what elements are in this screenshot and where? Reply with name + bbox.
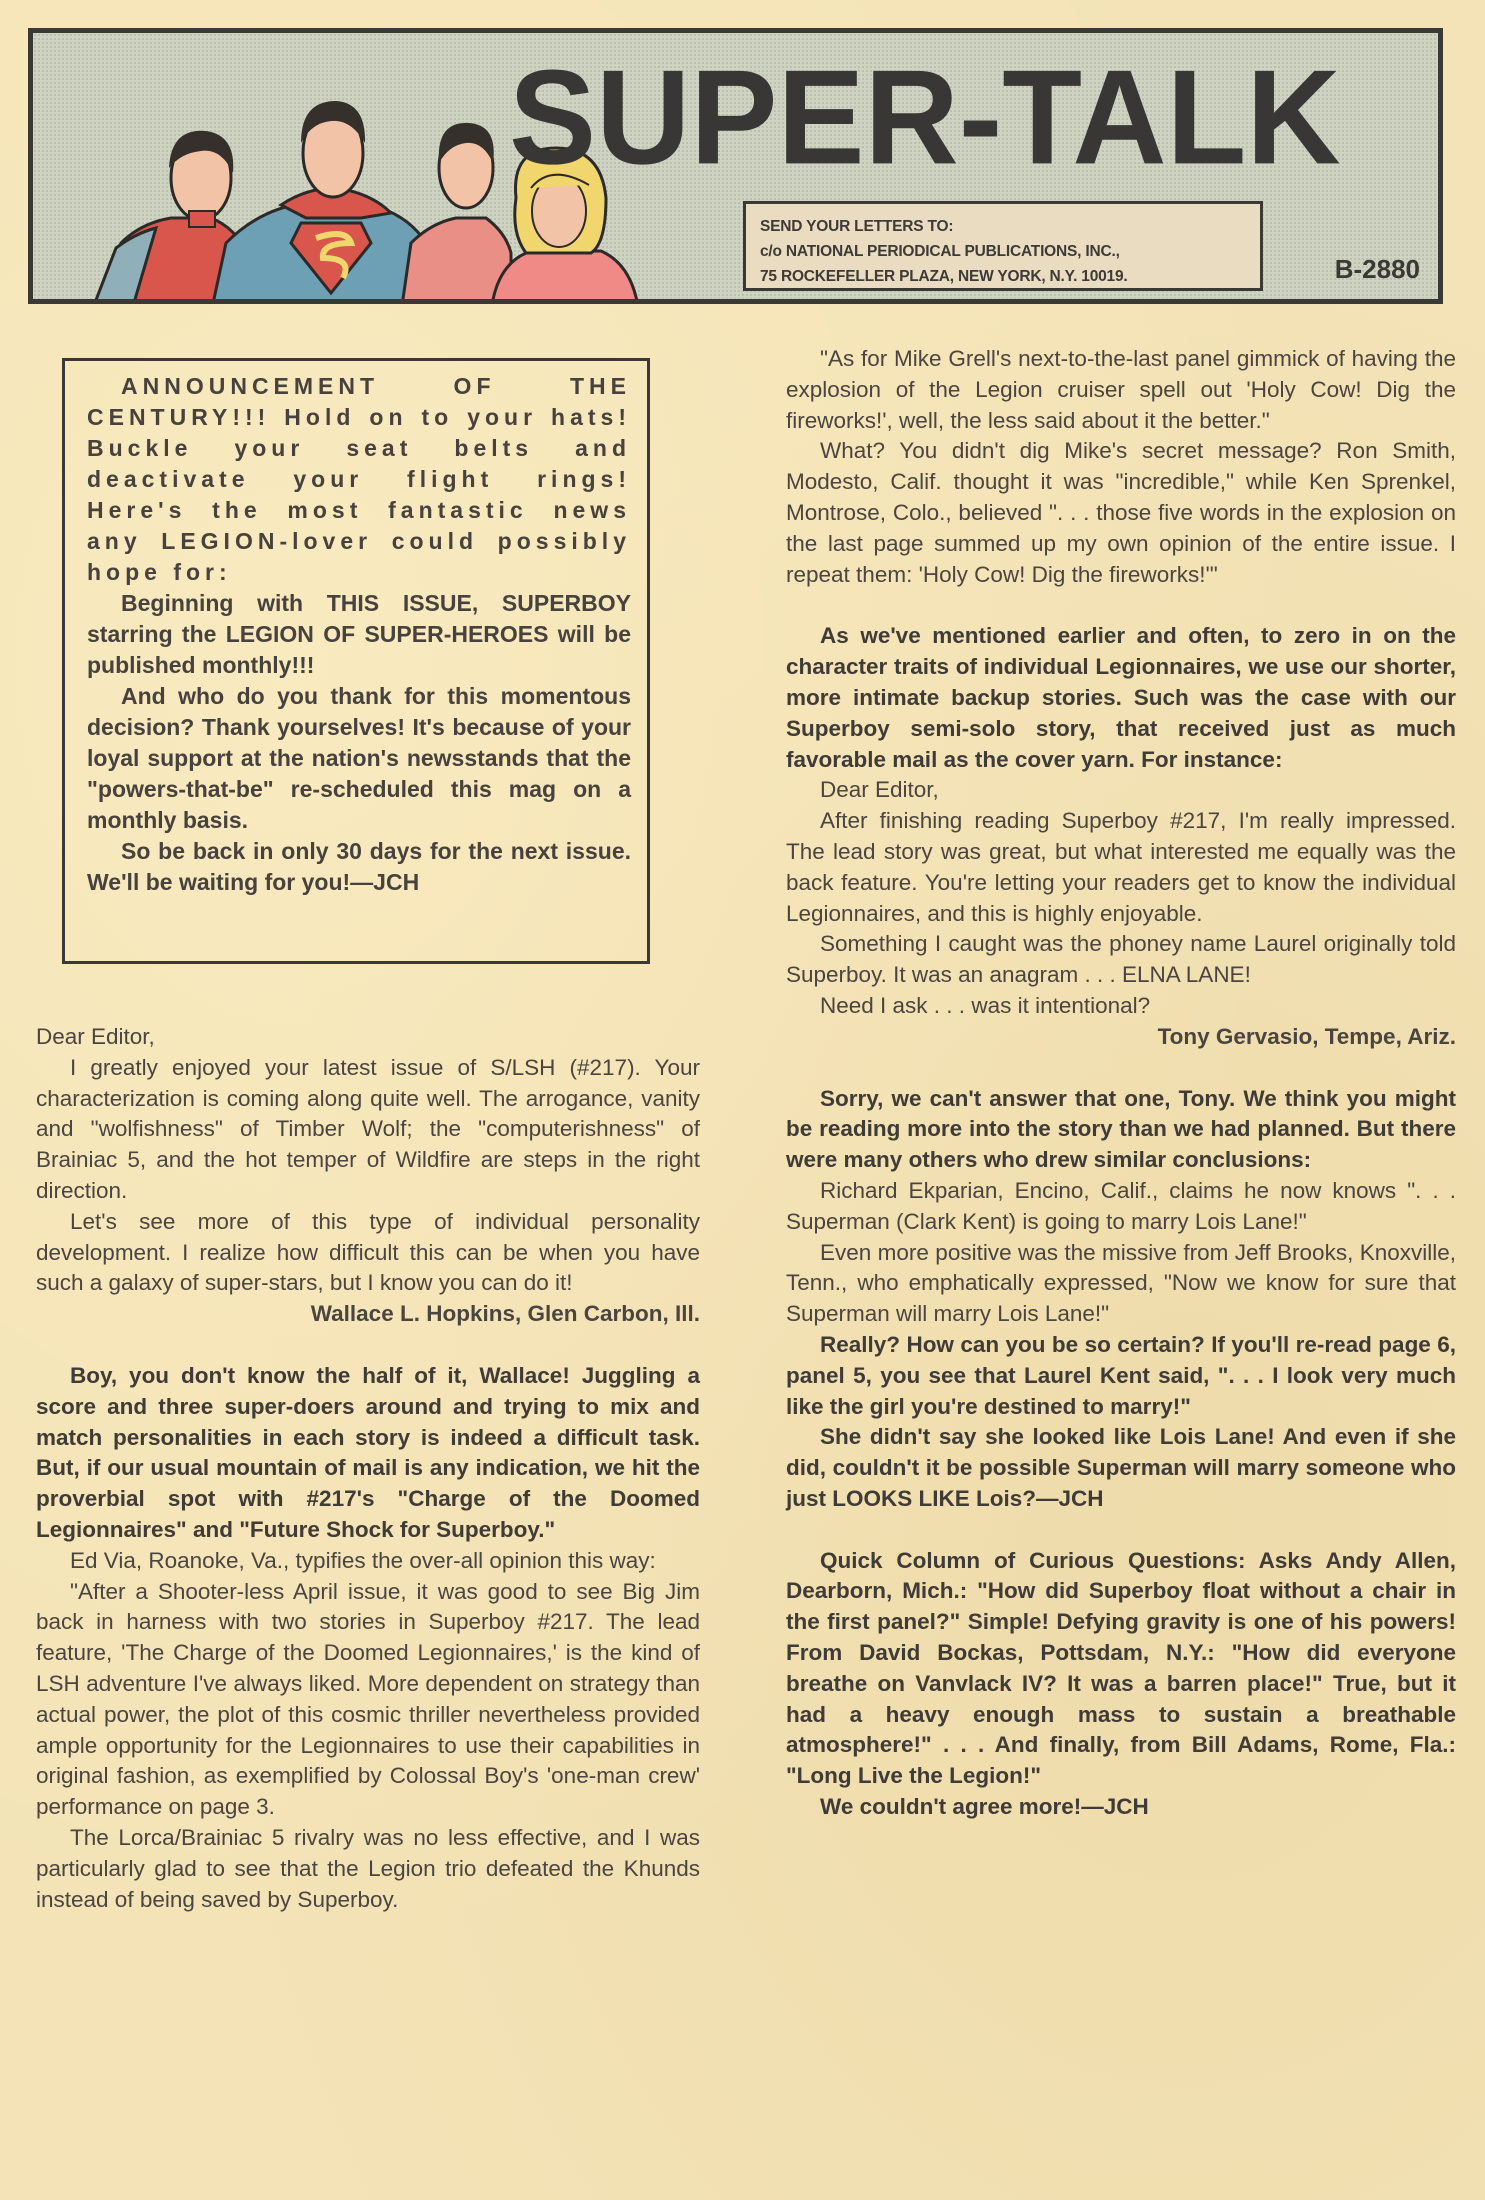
- announcement-paragraph: Beginning with THIS ISSUE, SUPERBOY star…: [87, 588, 631, 681]
- editor-reply: As we've mentioned earlier and often, to…: [786, 621, 1456, 775]
- editor-signoff: We couldn't agree more!—JCH: [786, 1792, 1456, 1823]
- reader-quote: The Lorca/Brainiac 5 rivalry was no less…: [36, 1823, 700, 1915]
- letter-signature: Wallace L. Hopkins, Glen Carbon, Ill.: [36, 1299, 700, 1330]
- announcement-box: ANNOUNCEMENT OF THE CENTURY!!! Hold on t…: [62, 358, 650, 964]
- editor-reply: What? You didn't dig Mike's secret messa…: [786, 436, 1456, 590]
- reader-quote: "As for Mike Grell's next-to-the-last pa…: [786, 344, 1456, 436]
- page-title: SUPER-TALK: [509, 51, 1341, 185]
- address-line: 75 ROCKEFELLER PLAZA, NEW YORK, N.Y. 100…: [760, 264, 1246, 289]
- letter-paragraph: Something I caught was the phoney name L…: [786, 929, 1456, 991]
- editor-reply: She didn't say she looked like Lois Lane…: [786, 1422, 1456, 1514]
- legionnaire-right-figure: [401, 123, 511, 304]
- editor-reply: Boy, you don't know the half of it, Wall…: [36, 1361, 700, 1546]
- header-banner: SUPER-TALK SEND YOUR LETTERS TO: c/o NAT…: [28, 28, 1443, 304]
- letter-paragraph: Need I ask . . . was it intentional?: [786, 991, 1456, 1022]
- letter-salutation: Dear Editor,: [786, 775, 1456, 806]
- letter-paragraph: I greatly enjoyed your latest issue of S…: [36, 1053, 700, 1207]
- reader-quote: "After a Shooter-less April issue, it wa…: [36, 1577, 700, 1823]
- announcement-paragraph: ANNOUNCEMENT OF THE CENTURY!!! Hold on t…: [87, 371, 631, 588]
- editor-reply: Even more positive was the missive from …: [786, 1238, 1456, 1330]
- announcement-paragraph: So be back in only 30 days for the next …: [87, 836, 631, 898]
- letter-salutation: Dear Editor,: [36, 1022, 700, 1053]
- page-code: B-2880: [1335, 254, 1420, 285]
- right-column: "As for Mike Grell's next-to-the-last pa…: [786, 344, 1456, 1823]
- quick-column-questions: Quick Column of Curious Questions: Asks …: [786, 1546, 1456, 1792]
- announcement-paragraph: And who do you thank for this momentous …: [87, 681, 631, 836]
- editor-reply: Really? How can you be so certain? If yo…: [786, 1330, 1456, 1422]
- letter-paragraph: Let's see more of this type of individua…: [36, 1207, 700, 1299]
- letter-paragraph: After finishing reading Superboy #217, I…: [786, 806, 1456, 929]
- reader-intro: Ed Via, Roanoke, Va., typifies the over-…: [36, 1546, 700, 1577]
- letter-signature: Tony Gervasio, Tempe, Ariz.: [786, 1022, 1456, 1053]
- left-column: Dear Editor, I greatly enjoyed your late…: [36, 1022, 700, 1915]
- mailing-address-box: SEND YOUR LETTERS TO: c/o NATIONAL PERIO…: [743, 201, 1263, 291]
- editor-reply: Richard Ekparian, Encino, Calif., claims…: [786, 1176, 1456, 1238]
- address-line: SEND YOUR LETTERS TO:: [760, 214, 1246, 239]
- address-line: c/o NATIONAL PERIODICAL PUBLICATIONS, IN…: [760, 239, 1246, 264]
- editor-reply: Sorry, we can't answer that one, Tony. W…: [786, 1084, 1456, 1176]
